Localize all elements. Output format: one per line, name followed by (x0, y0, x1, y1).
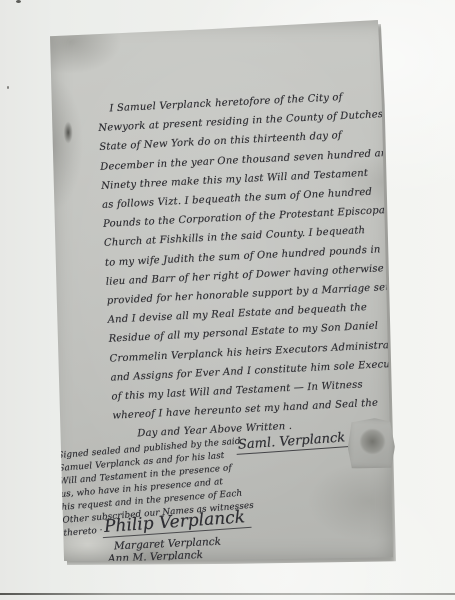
will-paper: I Samuel Verplanck heretofore of the Cit… (50, 20, 393, 561)
dust-speck (7, 86, 9, 89)
wax-seal (347, 417, 396, 470)
photo-edge-line (0, 593, 455, 595)
photograph-of-will: I Samuel Verplanck heretofore of the Cit… (0, 0, 455, 600)
will-body-text: I Samuel Verplanck heretofore of the Cit… (97, 87, 386, 446)
dust-speck (16, 0, 21, 3)
